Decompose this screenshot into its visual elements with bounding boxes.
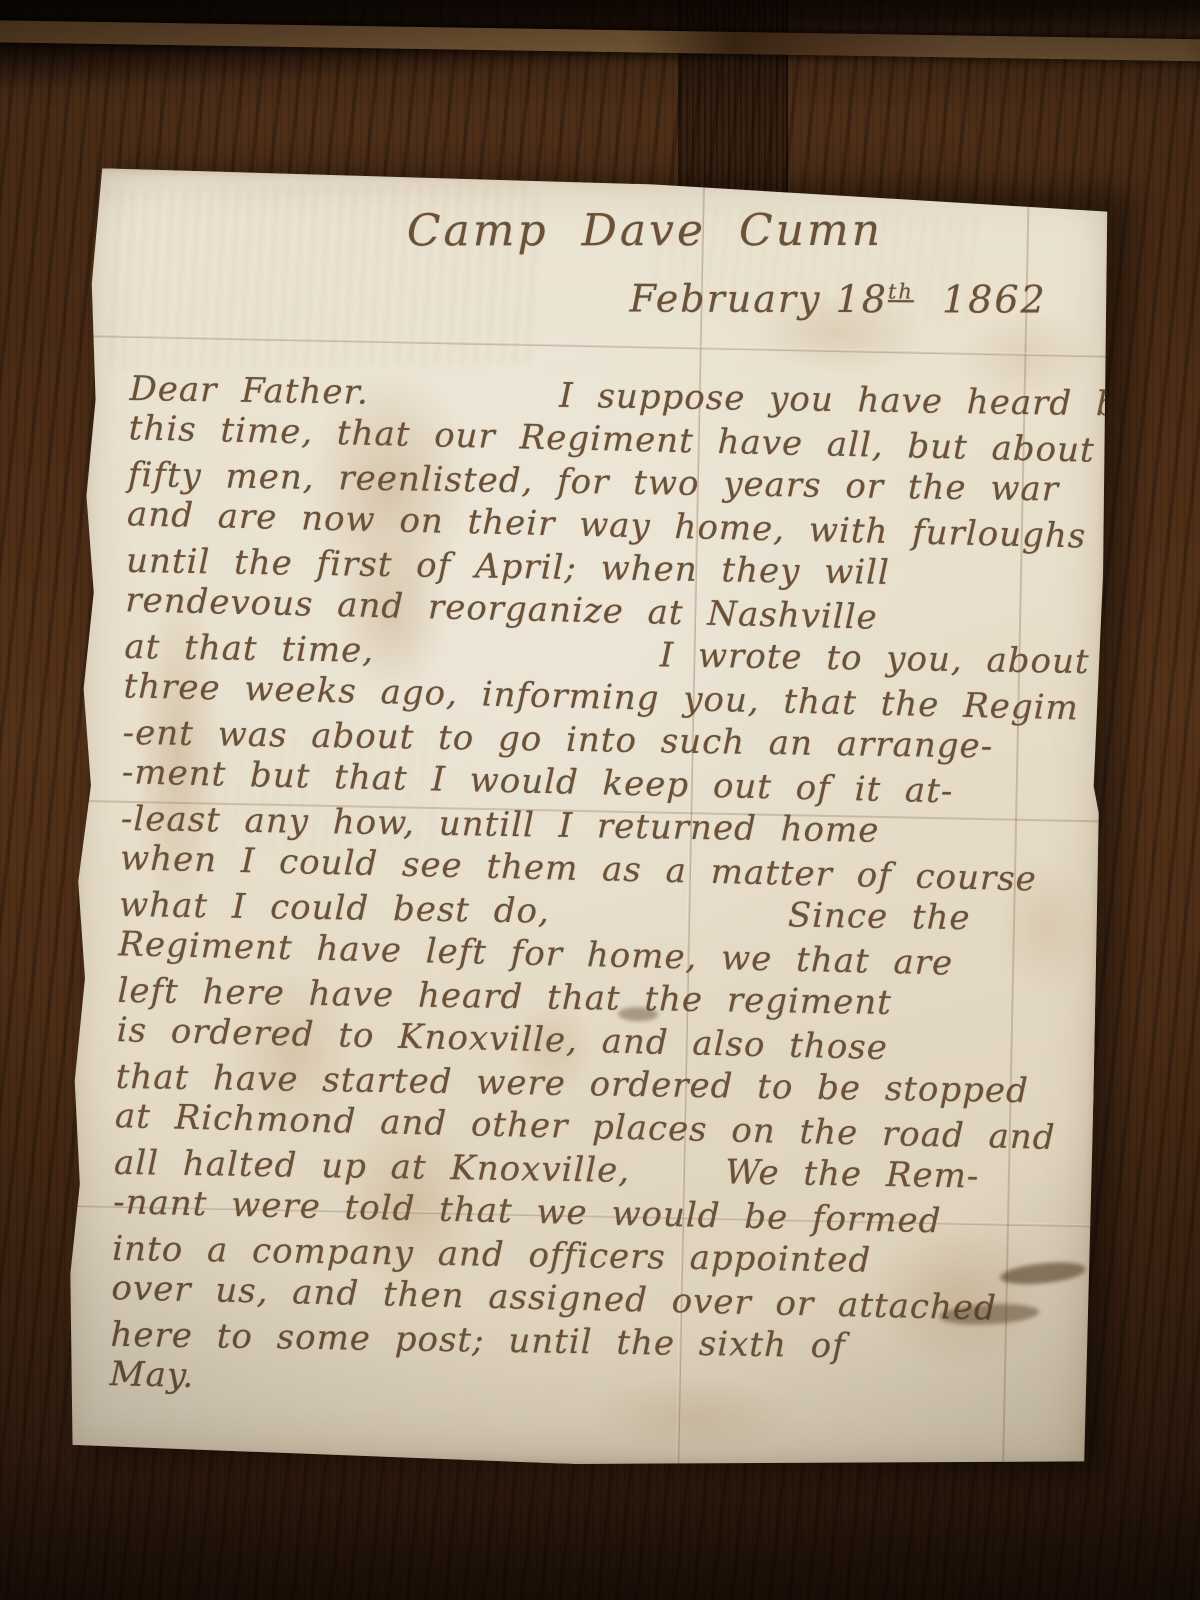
date-text: February 18 bbox=[629, 276, 888, 321]
date-superscript: th bbox=[888, 280, 914, 304]
photo-scene: Camp Dave Cumn February 18th 1862 Dear F… bbox=[0, 0, 1200, 1600]
letter-date: February 18th 1862 bbox=[629, 276, 1046, 321]
date-year: 1862 bbox=[914, 277, 1047, 321]
letter-sheet: Camp Dave Cumn February 18th 1862 Dear F… bbox=[64, 168, 1112, 1474]
letter-body: Dear Father. I suppose you have heard by… bbox=[109, 366, 1108, 1417]
letter-heading: Camp Dave Cumn bbox=[407, 205, 883, 256]
